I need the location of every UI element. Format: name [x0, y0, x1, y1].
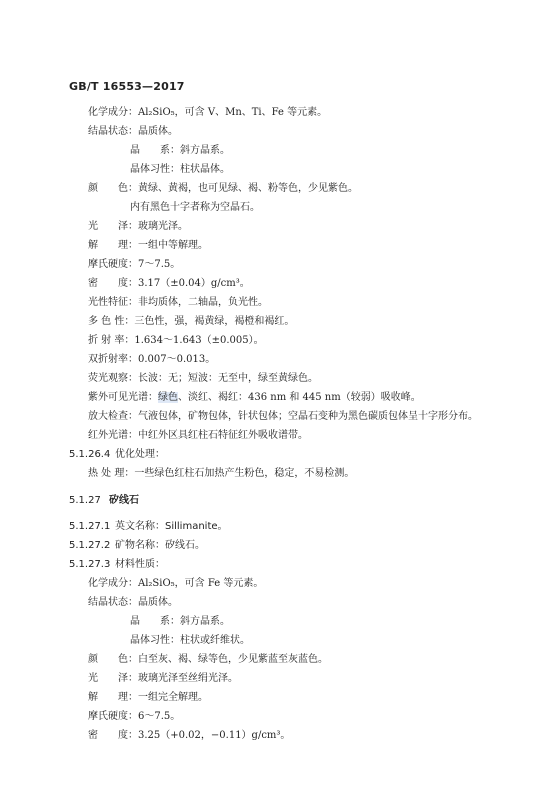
prop-crystal-habit: 晶体习性：柱状或纤维状。 [130, 634, 250, 648]
prop-optical-character: 光性特征：非均质体，二轴晶，负光性。 [88, 296, 268, 310]
prop-luster: 光 泽：玻璃光泽。 [88, 220, 188, 234]
uv-vis-prefix: 紫外可见光谱： [88, 392, 158, 403]
prop-refractive-index: 折 射 率：1.634～1.643（±0.005）。 [88, 334, 264, 348]
section-5-1-27-1: 5.1.27.1英文名称：Sillimanite。 [69, 520, 228, 534]
section-title: 英文名称：Sillimanite。 [115, 521, 228, 532]
prop-crystal-state: 结晶状态：晶质体。 [88, 596, 178, 610]
section-title: 矿物名称：矽线石。 [115, 540, 205, 551]
prop-crystal-system: 晶 系：斜方晶系。 [130, 615, 230, 629]
standard-id-header: GB/T 16553—2017 [69, 80, 185, 93]
prop-color-note: 内有黑色十字者称为空晶石。 [130, 201, 260, 215]
section-number: 5.1.26.4 [69, 448, 115, 462]
prop-magnification: 放大检查：气液包体，矿物包体，针状包体；空晶石变种为黑色碳质包体呈十字形分布。 [88, 410, 478, 424]
prop-color: 颜 色：白至灰、褐、绿等色，少见紫蓝至灰蓝色。 [88, 653, 328, 667]
section-number: 5.1.27.1 [69, 520, 115, 534]
prop-infrared-spectrum: 红外光谱：中红外区具红柱石特征红外吸收谱带。 [88, 429, 308, 443]
section-title: 材料性质： [115, 559, 165, 570]
document-page: GB/T 16553—2017 化学成分：Al₂SiO₅，可含 V、Mn、Ti、… [0, 0, 560, 791]
prop-pleochroism: 多 色 性：三色性，强，褐黄绿，褐橙和褐红。 [88, 315, 294, 329]
prop-hardness: 摩氏硬度：7～7.5。 [88, 258, 180, 272]
section-5-1-27: 5.1.27矽线石 [69, 494, 139, 508]
section-number: 5.1.27 [69, 494, 109, 508]
section-5-1-27-3: 5.1.27.3材料性质： [69, 558, 165, 572]
prop-crystal-system: 晶 系：斜方晶系。 [130, 144, 230, 158]
prop-chemical-composition: 化学成分：Al₂SiO₅，可含 V、Mn、Ti、Fe 等元素。 [88, 106, 327, 120]
prop-uv-vis-spectrum: 紫外可见光谱：绿色、淡红、褐红：436 nm 和 445 nm（较弱）吸收峰。 [88, 391, 421, 405]
prop-color: 颜 色：黄绿、黄褐，也可见绿、褐、粉等色，少见紫色。 [88, 182, 358, 196]
prop-crystal-habit: 晶体习性：柱状晶体。 [130, 163, 230, 177]
prop-cleavage: 解 理：一组中等解理。 [88, 239, 208, 253]
prop-luster: 光 泽：玻璃光泽至丝绢光泽。 [88, 672, 238, 686]
prop-fluorescence: 荧光观察：长波：无；短波：无至中，绿至黄绿色。 [88, 372, 318, 386]
section-number: 5.1.27.2 [69, 539, 115, 553]
prop-density: 密 度：3.17（±0.04）g/cm³。 [88, 277, 250, 291]
prop-chemical-composition: 化学成分：Al₂SiO₅，可含 Fe 等元素。 [88, 577, 263, 591]
highlighted-text: 绿色 [158, 392, 178, 403]
prop-hardness: 摩氏硬度：6～7.5。 [88, 710, 180, 724]
uv-vis-suffix: 、淡红、褐红：436 nm 和 445 nm（较弱）吸收峰。 [178, 392, 421, 403]
prop-cleavage: 解 理：一组完全解理。 [88, 691, 208, 705]
section-title: 优化处理： [115, 449, 165, 460]
section-5-1-26-4: 5.1.26.4优化处理： [69, 448, 165, 462]
prop-heat-treatment: 热 处 理：一些绿色红柱石加热产生粉色，稳定，不易检测。 [88, 467, 354, 481]
section-title: 矽线石 [109, 495, 139, 506]
section-number: 5.1.27.3 [69, 558, 115, 572]
section-5-1-27-2: 5.1.27.2矿物名称：矽线石。 [69, 539, 205, 553]
prop-crystal-state: 结晶状态：晶质体。 [88, 125, 178, 139]
prop-density: 密 度：3.25（+0.02，−0.11）g/cm³。 [88, 729, 290, 743]
prop-birefringence: 双折射率：0.007～0.013。 [88, 353, 215, 367]
